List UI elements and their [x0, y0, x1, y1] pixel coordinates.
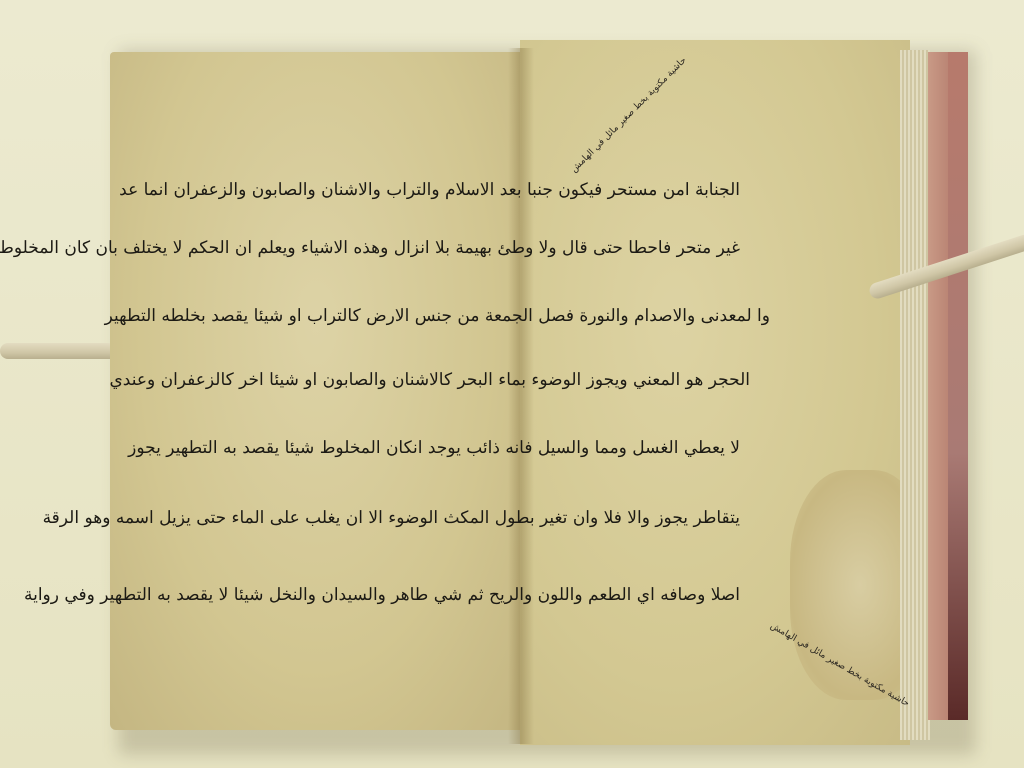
- page-edges: [900, 50, 930, 740]
- open-manuscript: الجنابة امن مستحر فيكون جنبا بعد الاسلام…: [110, 40, 970, 750]
- text-line: وا لمعدنى والاصدام والنورة فصل الجمعة من…: [105, 306, 770, 326]
- left-page: [110, 52, 522, 730]
- cover-edge: [928, 52, 950, 720]
- text-line: لا يعطي الغسل ومما والسيل فانه ذائب يوجد…: [128, 438, 740, 458]
- cover-binding: [948, 52, 968, 720]
- text-line: الحجر هو المعني ويجوز الوضوء بماء البحر …: [109, 370, 750, 390]
- gutter: [508, 48, 534, 744]
- text-line: غير متحر فاحطا حتى قال ولا وطئ بهيمة بلا…: [0, 238, 740, 258]
- text-line: يتقاطر يجوز والا فلا وان تغير بطول المكث…: [43, 508, 740, 528]
- text-line: اصلا وصافه اي الطعم واللون والريح ثم شي …: [24, 585, 740, 605]
- text-line: الجنابة امن مستحر فيكون جنبا بعد الاسلام…: [119, 180, 740, 200]
